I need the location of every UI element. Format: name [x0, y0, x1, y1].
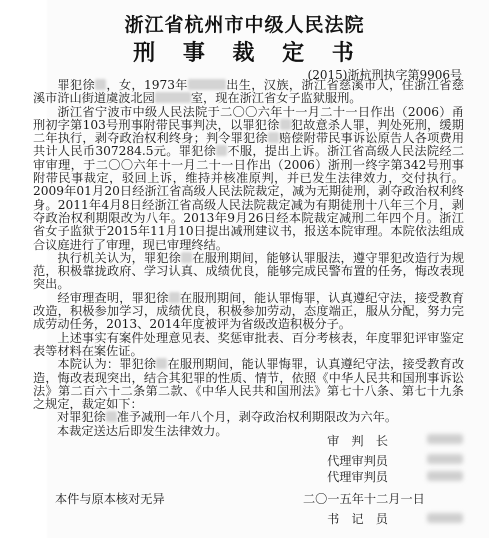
findings-paragraph: 经审理查明，罪犯徐在服刑期间，能认罪悔罪，认真遵纪守法，接受教育改造，积极参加学…	[33, 292, 464, 332]
acting-judge-label-2: 代理审判员	[327, 468, 388, 485]
court-name: 浙江省杭州市中级人民法院	[0, 10, 489, 37]
case-history-paragraph: 浙江省宁波市中级人民法院于二〇〇六年十一月二十一日作出（2006）甬刑初字第10…	[33, 106, 464, 252]
verification-note: 本件与原本核对无异	[55, 490, 165, 507]
acting-judge-name-2-redacted	[427, 471, 463, 481]
presiding-judge-label: 审 判 长	[327, 432, 388, 449]
clerk-name-redacted	[427, 513, 463, 523]
redacted-name	[216, 145, 227, 156]
redacted-name	[156, 358, 167, 369]
redacted-name	[106, 411, 117, 422]
redacted-address	[155, 92, 191, 103]
clerk-row: 书 记 员	[300, 510, 388, 524]
document-title: 刑 事 裁 定 书	[0, 36, 489, 67]
clerk-label: 书 记 员	[327, 510, 388, 527]
redacted-birthdate	[188, 79, 226, 90]
executing-agency-opinion-paragraph: 执行机关认为，罪犯徐在服刑期间，能够认罪服法，遵守罪犯改造行为规范，积极靠拢政府…	[33, 252, 464, 292]
ruling-paragraph: 对罪犯徐准予减刑一年八个月，剥夺政治权利期限改为六年。	[33, 411, 464, 424]
document-page: 浙江省杭州市中级人民法院 刑 事 裁 定 书 (2015)浙杭刑执字第9906号…	[0, 0, 489, 538]
acting-judge-label-1: 代理审判员	[327, 452, 388, 469]
ruling-date: 二〇一五年十二月一日	[303, 490, 425, 507]
court-opinion-paragraph: 本院认为：罪犯徐在服刑期间，能认罪悔罪，认真遵纪守法，接受教育改造，悔改表现突出…	[33, 358, 464, 411]
redacted-name	[169, 292, 180, 303]
redacted-name	[268, 132, 279, 143]
defendant-info-paragraph: 罪犯徐，女，1973年出生，汉族，浙江省慈溪市人，住浙江省慈溪市浒山街道虞波北园…	[33, 79, 464, 106]
presiding-judge-name-redacted	[427, 434, 463, 444]
presiding-judge-row: 审 判 长	[300, 432, 388, 446]
acting-judge-name-1-redacted	[427, 454, 463, 464]
acting-judge-row-2: 代理审判员	[300, 468, 388, 482]
acting-judge-row-1: 代理审判员	[300, 452, 388, 466]
redacted-name	[95, 79, 106, 90]
evidence-paragraph: 上述事实有案件处理意见表、奖惩审批表、百分考核表，年度罪犯评审鉴定表等材料在案佐…	[33, 332, 464, 359]
document-body: 罪犯徐，女，1973年出生，汉族，浙江省慈溪市人，住浙江省慈溪市浒山街道虞波北园…	[33, 79, 464, 438]
redacted-name	[280, 119, 291, 130]
effect-paragraph: 本裁定送达后即发生法律效力。	[33, 425, 464, 438]
redacted-name	[181, 252, 192, 263]
